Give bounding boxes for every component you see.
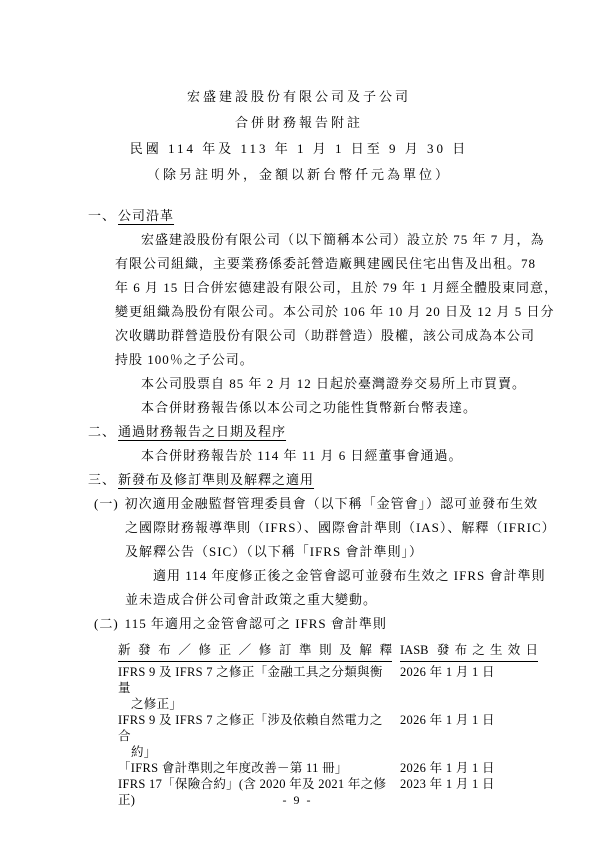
column-header-effective-date: IASB 發布之生效日: [400, 642, 538, 662]
standard-name: 約」: [118, 744, 392, 760]
page-number: - 9 -: [0, 793, 595, 808]
unit-note: （除另註明外，金額以新台幣仟元為單位）: [88, 162, 510, 188]
table-row: IFRS 9 及 IFRS 7 之修正「涉及依賴自然電力之合 約」 2026 年…: [118, 712, 568, 760]
section-new-standards: 三、新發布及修訂準則及解釋之適用 (一)初次適用金融監督管理委員會（以下稱「金管…: [88, 468, 510, 808]
document-page: 宏盛建設股份有限公司及子公司 合併財務報告附註 民國 114 年及 113 年 …: [0, 0, 595, 842]
report-title: 合併財務報告附註: [88, 110, 510, 136]
paragraph-line: 持股 100％之子公司。: [88, 348, 510, 372]
paragraph-line: 本合併財務報告係以本公司之功能性貨幣新台幣表達。: [88, 396, 510, 420]
standard-name: IFRS 9 及 IFRS 7 之修正「涉及依賴自然電力之合: [118, 712, 392, 744]
paragraph-line: 之國際財務報導準則（IFRS）、國際會計準則（IAS）、解釋（IFRIC）: [88, 516, 510, 540]
paragraph-line: 及解釋公告（SIC）（以下稱「IFRS 會計準則」）: [88, 540, 510, 564]
section-1-heading-line: 一、公司沿革: [88, 204, 510, 228]
section-report-approval: 二、通過財務報告之日期及程序 本合併財務報告於 114 年 11 月 6 日經董…: [88, 420, 510, 468]
paragraph-line: 適用 114 年度修正後之金管會認可並發布生效之 IFRS 會計準則: [88, 564, 510, 588]
table-header-row: 新發布／修正／修訂準則及解釋 IASB 發布之生效日: [118, 642, 568, 662]
paragraph-line: 變更組織為股份有限公司。本公司於 106 年 10 月 20 日及 12 月 5…: [88, 300, 510, 324]
standard-name: IFRS 9 及 IFRS 7 之修正「金融工具之分類與衡量: [118, 664, 392, 696]
section-1-heading: 公司沿革: [118, 208, 174, 223]
effective-date: 2023 年 1 月 1 日: [400, 776, 538, 792]
item-2-marker: (二): [94, 616, 125, 631]
report-period: 民國 114 年及 113 年 1 月 1 日至 9 月 30 日: [88, 136, 510, 162]
item-1-first-line: (一)初次適用金融監督管理委員會（以下稱「金管會」）認可並發布生效: [88, 492, 510, 516]
paragraph-line: 並未造成合併公司會計政策之重大變動。: [88, 588, 510, 612]
item-2-first-line: (二)115 年適用之金管會認可之 IFRS 會計準則: [88, 612, 510, 636]
section-3-marker: 三、: [88, 472, 118, 487]
section-2-heading: 通過財務報告之日期及程序: [118, 424, 286, 439]
paragraph-line: 年 6 月 15 日合併宏德建設有限公司，且於 79 年 1 月經全體股東同意，: [88, 276, 510, 300]
paragraph-line: 本公司股票自 85 年 2 月 12 日起於臺灣證券交易所上市買賣。: [88, 372, 510, 396]
page-content: 宏盛建設股份有限公司及子公司 合併財務報告附註 民國 114 年及 113 年 …: [0, 0, 595, 808]
effective-date: 2026 年 1 月 1 日: [400, 664, 538, 680]
paragraph-line: 次收購助群營造股份有限公司（助群營造）股權，該公司成為本公司: [88, 324, 510, 348]
list-item-2: (二)115 年適用之金管會認可之 IFRS 會計準則 新發布／修正／修訂準則及…: [88, 612, 510, 808]
paragraph-line: 有限公司組織，主要業務係委託營造廠興建國民住宅出售及出租。78: [88, 252, 510, 276]
standard-name: 「IFRS 會計準則之年度改善－第 11 冊」: [118, 760, 392, 776]
standards-table: 新發布／修正／修訂準則及解釋 IASB 發布之生效日 IFRS 9 及 IFRS…: [118, 642, 568, 808]
table-row: 「IFRS 會計準則之年度改善－第 11 冊」 2026 年 1 月 1 日: [118, 760, 568, 776]
section-3-heading: 新發布及修訂準則及解釋之適用: [118, 472, 314, 487]
list-item-1: (一)初次適用金融監督管理委員會（以下稱「金管會」）認可並發布生效 之國際財務報…: [88, 492, 510, 612]
table-row: IFRS 9 及 IFRS 7 之修正「金融工具之分類與衡量 之修正」 2026…: [118, 664, 568, 712]
effective-date: 2026 年 1 月 1 日: [400, 712, 538, 728]
section-2-marker: 二、: [88, 424, 118, 439]
company-name: 宏盛建設股份有限公司及子公司: [88, 84, 510, 110]
column-header-standard: 新發布／修正／修訂準則及解釋: [118, 642, 392, 662]
title-block: 宏盛建設股份有限公司及子公司 合併財務報告附註 民國 114 年及 113 年 …: [88, 84, 510, 188]
section-3-heading-line: 三、新發布及修訂準則及解釋之適用: [88, 468, 510, 492]
section-2-heading-line: 二、通過財務報告之日期及程序: [88, 420, 510, 444]
standard-name: 之修正」: [118, 696, 392, 712]
paragraph-line: 本合併財務報告於 114 年 11 月 6 日經董事會通過。: [88, 444, 510, 468]
paragraph-line: 宏盛建設股份有限公司（以下簡稱本公司）設立於 75 年 7 月，為: [88, 228, 510, 252]
effective-date: 2026 年 1 月 1 日: [400, 760, 538, 776]
item-1-text: 初次適用金融監督管理委員會（以下稱「金管會」）認可並發布生效: [125, 496, 539, 511]
item-2-text: 115 年適用之金管會認可之 IFRS 會計準則: [125, 616, 387, 631]
section-company-history: 一、公司沿革 宏盛建設股份有限公司（以下簡稱本公司）設立於 75 年 7 月，為…: [88, 204, 510, 420]
item-1-marker: (一): [94, 496, 125, 511]
section-1-marker: 一、: [88, 208, 118, 223]
